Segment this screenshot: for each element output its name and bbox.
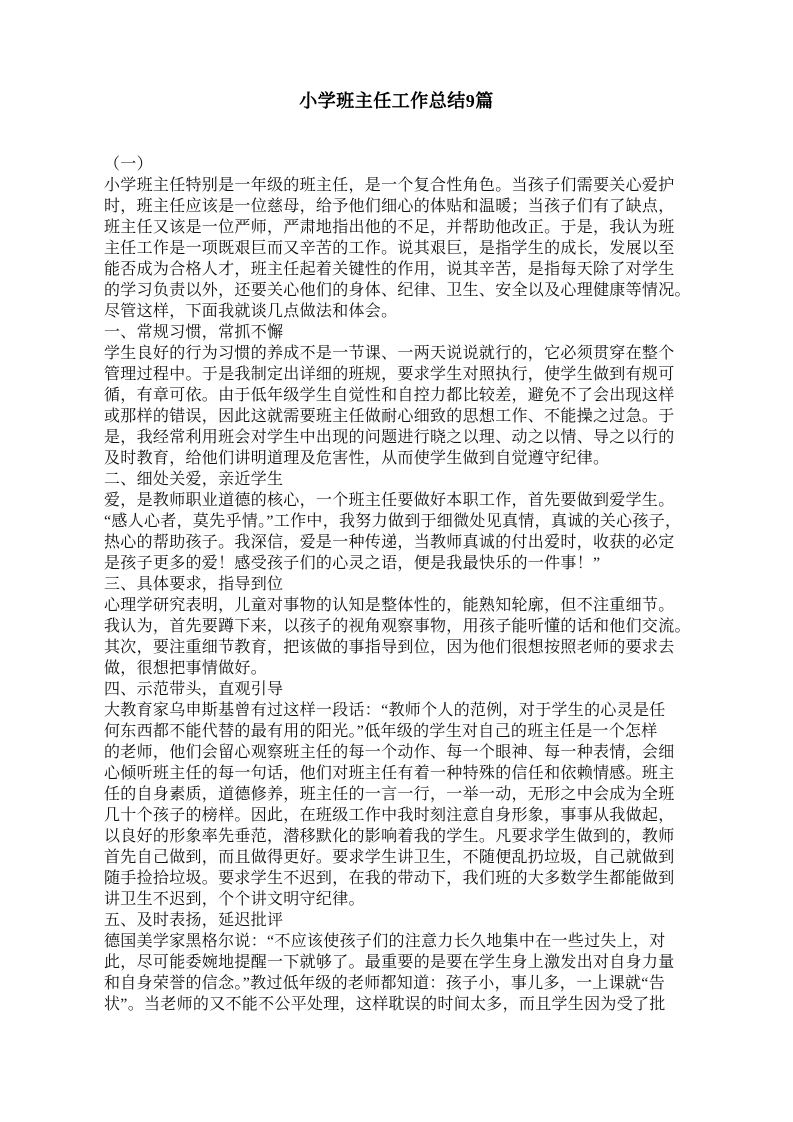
section-4-body: 大教育家乌申斯基曾有过这样一段话：“教师个人的范例，对于学生的心灵是任 何东西都… [104,700,701,910]
section-marker: （一） [104,154,701,175]
section-3-heading: 三、具体要求，指导到位 [104,574,701,595]
intro-paragraph: 小学班主任特别是一年级的班主任，是一个复合性角色。当孩子们需要关心爱护 时，班主… [104,175,701,322]
section-4-heading: 四、示范带头，直观引导 [104,679,701,700]
document-body: （一） 小学班主任特别是一年级的班主任，是一个复合性角色。当孩子们需要关心爱护 … [104,154,701,1015]
section-5-body: 德国美学家黑格尔说：“不应该使孩子们的注意力长久地集中在一些过失上，对 此，尽可… [104,931,701,1015]
section-2-heading: 二、细处关爱，亲近学生 [104,469,701,490]
section-2-body: 爱，是教师职业道德的核心，一个班主任要做好本职工作，首先要做到爱学生。 “感人心… [104,490,701,574]
section-1-body: 学生良好的行为习惯的养成不是一节课、一两天说说就行的，它必须贯穿在整个 管理过程… [104,343,701,469]
document-title: 小学班主任工作总结9篇 [0,0,793,114]
section-3-body: 心理学研究表明，儿童对事物的认知是整体性的，能熟知轮廓，但不注重细节。 我认为，… [104,595,701,679]
section-5-heading: 五、及时表扬，延迟批评 [104,910,701,931]
section-1-heading: 一、常规习惯，常抓不懈 [104,322,701,343]
document-page: 小学班主任工作总结9篇 （一） 小学班主任特别是一年级的班主任，是一个复合性角色… [0,0,793,1122]
